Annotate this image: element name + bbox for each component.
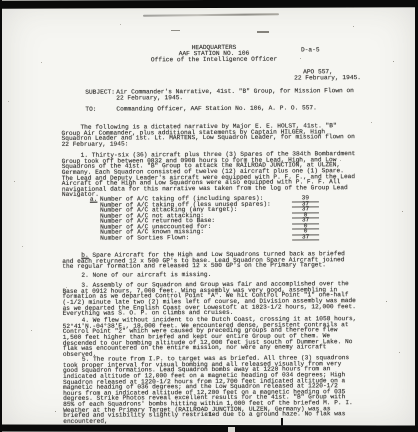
scanned-document-page: HEADQUARTERS AAF STATION NO. 106 Office … <box>0 0 418 432</box>
scan-edge-notch <box>228 427 235 432</box>
letterhead: HEADQUARTERS AAF STATION NO. 106 Office … <box>107 44 321 63</box>
to-label: TO: <box>85 107 96 113</box>
paragraph-2: 2. None of our aircraft is missing. <box>62 271 356 278</box>
classification-code: D-a-5 <box>301 47 320 53</box>
intro-paragraph: The following is a dictated narrative by… <box>61 123 355 147</box>
paragraph-b: b. Spare Aircraft for the High and Low S… <box>62 251 356 270</box>
stat-row: Number of Sorties Flown: 37 <box>100 234 319 241</box>
stats-item-label: a. <box>90 197 97 203</box>
subject-text: Air Commander's Narrative, 41st. "B" Gro… <box>116 88 358 101</box>
paragraph-4: 4. We flew without incident to the Dutch… <box>63 316 357 357</box>
scan-edge-top <box>0 0 418 9</box>
scan-edge-left <box>0 0 2 432</box>
paragraph-1: 1. Thirty-six (36) aircraft plus three (… <box>62 151 356 198</box>
stat-value: 37 <box>292 234 319 241</box>
letterhead-line3: Office of the Intelligence Officer <box>107 56 321 63</box>
document-content: HEADQUARTERS AAF STATION NO. 106 Office … <box>0 0 418 432</box>
to-text: Commanding Officer, AAF Station No. 106,… <box>116 105 378 112</box>
scan-edge-tick <box>281 418 283 427</box>
scan-edge-bottom <box>0 424 418 432</box>
paragraph-b-text: Spare Aircraft for the High and Low Squa… <box>62 250 345 270</box>
paragraph-3: 3. Assembly of our Squadron and Group wa… <box>62 281 356 316</box>
subject-label: SUBJECT: <box>85 90 115 96</box>
aircraft-stats-table: a. Number of A/C taking off (including s… <box>100 195 319 240</box>
stat-label: Number of Sorties Flown: <box>100 235 189 241</box>
document-date: 22 February, 1945. <box>294 75 361 81</box>
